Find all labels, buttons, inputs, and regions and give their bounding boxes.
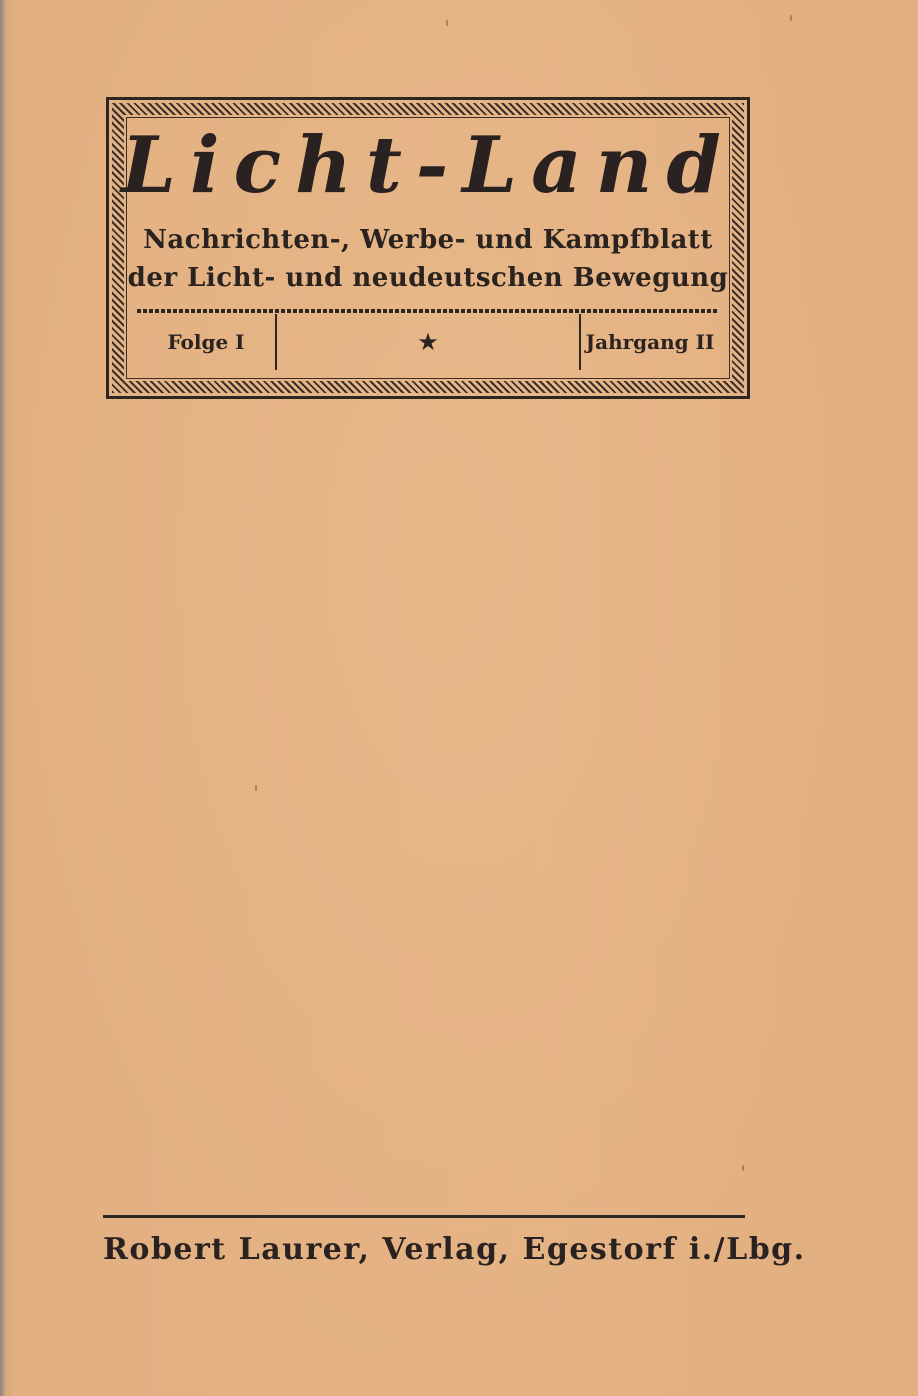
paper-speck [790, 15, 792, 21]
paper-speck [255, 785, 257, 791]
publication-title: Licht-Land [109, 120, 747, 211]
paper-speck [742, 1165, 744, 1171]
subtitle-line-2: der Licht- und neudeutschen Bewegung [109, 263, 747, 293]
volume-number: Jahrgang II [586, 330, 715, 354]
masthead-frame: Licht-Land Nachrichten-, Werbe- und Kamp… [106, 97, 750, 399]
footer-rule [103, 1215, 745, 1218]
issue-cell: Folge I [137, 314, 277, 370]
issue-number: Folge I [167, 330, 244, 354]
paper-speck [446, 20, 448, 26]
dotted-divider [137, 309, 719, 313]
subtitle-line-1: Nachrichten-, Werbe- und Kampfblatt [109, 225, 747, 255]
ornament-cell: ★ [277, 314, 581, 370]
star-icon: ★ [417, 328, 439, 356]
volume-cell: Jahrgang II [581, 314, 719, 370]
publisher-line: Robert Laurer, Verlag, Egestorf i./Lbg. [103, 1232, 748, 1267]
issue-info-row: Folge I ★ Jahrgang II [137, 314, 719, 370]
spine-edge [0, 0, 5, 1396]
